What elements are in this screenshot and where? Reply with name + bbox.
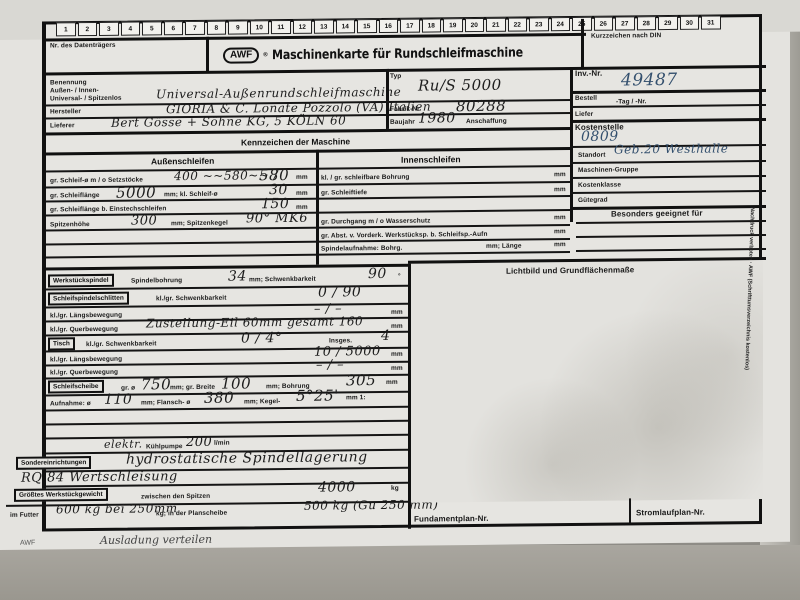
special-equipment-label: Sondereinrichtungen [16,456,91,470]
divider [629,498,631,523]
swivel-value: 90 [368,266,387,282]
column-number: 21 [486,18,506,32]
degree-mark: ° [398,273,401,280]
int-mid-label-5: mm; Länge [486,243,522,250]
column-number: 2 [78,22,98,36]
designation-value: Universal-Außenrundschleifmaschine [156,85,401,102]
column-number: 10 [250,20,270,34]
footer-handwritten: Ausladung verteilen [100,533,212,547]
internal-grinding-title: Innenschleifen [401,154,461,165]
column-number: 14 [336,19,356,33]
weight-unit: kg [391,485,399,492]
divider [581,19,584,69]
coolant-value: 200 [186,435,212,450]
designation-label: Benennung [50,79,87,86]
column-number: 12 [293,20,313,34]
column-number: 11 [271,20,291,34]
column-number: 18 [422,18,442,32]
flange-label: mm; Flansch- ø [141,399,190,407]
ext-value1-3: 300 [131,213,157,228]
divider [576,234,766,238]
taper-label: mm; Kegel- [244,398,280,405]
between-centers-value: 4000 [318,479,356,495]
data-carrier-label: Nr. des Datenträgers [50,42,116,50]
divider [386,69,389,129]
background-table [0,545,800,600]
table-cross-label: kl./gr. Querbewegung [50,369,118,377]
type-value: Ru/S 5000 [418,76,502,95]
type-label: Typ [390,73,401,80]
ext-mid-label-1: mm; kl. Schleif-ø [164,191,218,199]
int-unit-3: mm [554,214,566,221]
slide-swivel-label: kl./gr. Schwenkbarkeit [156,295,226,303]
int-label-5: Spindelaufnahme: Bohrg. [321,245,402,253]
column-number: 17 [400,19,420,33]
ext-unit-1: mm [296,190,308,197]
taper-unit: mm 1: [346,394,366,401]
column-number: 26 [594,17,614,31]
divider [46,224,570,231]
column-number: 22 [508,17,528,31]
divider [570,175,766,179]
form-title-text: Maschinenkarte für Rundschleifmaschine [272,45,523,63]
column-number: 15 [357,19,377,33]
table-cross-value: – / – [316,357,344,372]
between-centers-label: zwischen den Spitzen [141,493,210,501]
table-long-unit: mm [391,351,403,358]
divider [46,165,570,172]
divider [576,220,766,224]
int-label-0: kl. / gr. schleifbare Bohrung [321,174,410,182]
ext-label-1: gr. Schleiflänge [50,192,100,200]
column-number: 31 [701,15,721,29]
taper-value: 5°25' [296,386,339,404]
int-label-1: gr. Schleiftiefe [321,189,367,196]
int-unit-1: mm [554,186,566,193]
supplier-value: Bert Gösse + Söhne KG, 5 KÖLN 60 [111,113,346,129]
column-number: 16 [379,19,399,33]
divider [46,251,570,258]
chuck-label: im Futter [10,512,39,519]
wheel-unit: mm [386,379,398,386]
cross-move-value: Zustellung-Eil 60mm gesamt 160 [146,314,363,330]
faceplate-label: kg; in der Planscheibe [156,510,227,518]
mount-value: 110 [104,392,132,408]
flange-value: 380 [204,389,234,407]
serial-label: Fabrik-Nr. [390,106,421,113]
column-number: 20 [465,18,485,32]
divider [570,104,766,108]
column-number: 9 [228,20,248,34]
max-weight-label: Größtes Werkstückgewicht [14,488,108,502]
registered-mark: ® [263,52,267,58]
year-value: 1980 [418,110,456,126]
external-grinding-title: Außenschleifen [151,156,214,167]
column-number: 28 [637,16,657,30]
ext-mid-label-3: mm; Spitzenkegel [171,220,228,228]
cross-move-label: kl./gr. Querbewegung [50,326,118,334]
photo-and-dimensions-area [411,259,763,503]
column-number: 4 [121,22,141,36]
wheel-bore-value: 305 [346,371,376,389]
acquisition-label: Anschaffung [466,118,507,125]
cost-center-value: 0809 [581,129,619,145]
order-label: Bestell [575,95,597,102]
machine-card-paper: 1 2 3 4 5 6 7 8 9 10 11 12 13 14 15 16 1… [0,0,790,550]
column-number: 29 [658,16,678,30]
ext-unit-0: mm [296,174,308,181]
special-value-1: hydrostatische Spindellagerung [126,449,368,468]
column-number: 5 [142,21,162,35]
slide-swivel-value: 0 / 90 [318,284,361,300]
coolant-unit: l/min [214,440,230,447]
divider [46,420,408,426]
location-label: Standort [578,152,606,159]
suited-for-label: Besonders geeignet für [611,209,703,219]
delivery-label: Liefer [575,111,593,118]
int-label-3: gr. Durchgang m / o Wasserschutz [321,217,431,225]
long-move-label: kl./gr. Längsbewegung [50,312,122,320]
column-number: 6 [164,21,184,35]
divider [576,248,766,252]
grinding-wheel-label: Schleifscheibe [48,380,104,394]
ext-value2-3: 90° MK6 [246,211,308,227]
cost-class-label: Kostenklasse [578,181,621,188]
workpiece-spindle-label: Werkstückspindel [48,274,114,288]
location-value: Geb.20 Westhalle [614,141,728,156]
bore-unit: mm; Schwenkbarkeit [249,276,316,284]
cross-move-unit: mm [391,323,403,330]
ext-value2-2: 150 [261,196,289,212]
coolant-prefix: elektr. [104,438,143,451]
column-number: 23 [529,17,549,31]
column-number: 13 [314,20,334,34]
table-label: Tisch [48,337,75,350]
column-number: 3 [99,22,119,36]
divider [46,147,570,155]
column-number: 24 [551,17,571,31]
table-cross-unit: mm [391,365,403,372]
grinding-slide-label: Schleifspindelschlitten [48,292,129,306]
manufacturer-label: Hersteller [50,108,81,115]
special-value-2: RQ 84 Wertschleisung [21,469,178,486]
year-label: Baujahr [390,119,415,126]
quality-label: Gütegrad [578,197,608,204]
table-swivel-label: kl./gr. Schwenkbarkeit [86,340,156,348]
int-unit-4: mm [554,228,566,235]
column-number: 7 [185,21,205,35]
divider [570,160,766,164]
column-number: 27 [615,16,635,30]
bore-label: Spindelbohrung [131,277,182,285]
column-number: 1 [56,22,76,36]
ext-label-3: Spitzenhöhe [50,221,90,228]
designation-label-3: Universal- / Spitzenlos [50,95,122,103]
designation-label-2: Außen- / Innen- [50,87,99,95]
form-title: AWF ® Maschinenkarte für Rundschleifmasc… [209,37,581,71]
table-swivel-value: 0 / 4° [241,330,282,346]
footer-note: AWF [20,540,35,547]
long-move-unit: mm [391,309,403,316]
mount-label: Aufnahme: ø [50,400,91,407]
characteristics-title: Kennzeichen der Maschine [241,136,350,147]
int-unit-5: mm [554,241,566,248]
supplier-label: Lieferer [50,122,75,129]
int-unit-0: mm [554,171,566,178]
photo-label: Lichtbild und Grundflächenmaße [506,265,634,275]
foundation-plan-label: Fundamentplan-Nr. [414,514,489,524]
din-code-label: Kurzzeichen nach DIN [591,32,661,40]
column-number: 30 [680,16,700,30]
column-number: 8 [207,21,227,35]
inventory-value: 49487 [621,70,678,91]
ext-label-2: gr. Schleiflänge b. Einstechschleifen [50,205,166,213]
inventory-label: Inv.-Nr. [575,69,602,78]
divider [570,89,766,94]
awf-logo: AWF [223,47,259,63]
coolant-label: Kühlpumpe [146,443,183,450]
wheel-dia-value: 750 [141,375,171,393]
table-total-value: 4 [381,328,390,344]
machine-card-form: 1 2 3 4 5 6 7 8 9 10 11 12 13 14 15 16 1… [42,14,762,532]
wiring-plan-label: Stromlaufplan-Nr. [636,508,705,518]
machine-group-label: Maschinen-Gruppe [578,166,638,174]
divider [570,190,766,194]
column-number: 19 [443,18,463,32]
bore-value: 34 [228,268,247,284]
table-long-label: kl./gr. Längsbewegung [50,356,122,364]
